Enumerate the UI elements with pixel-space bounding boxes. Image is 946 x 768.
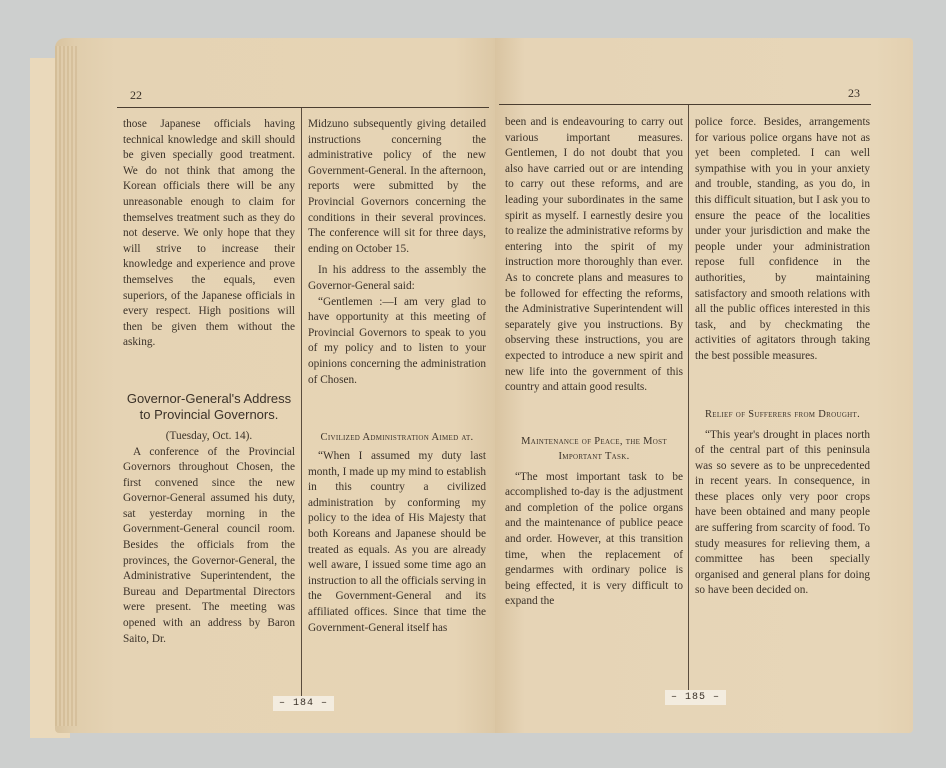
left-column-2: Midzuno subsequently giving detailed ins… (308, 117, 486, 636)
folio-left: – 184 – (273, 696, 334, 711)
section-heading: Relief of Sufferers from Drought. (695, 407, 870, 422)
header-rule-left (117, 107, 489, 108)
column-divider-left (301, 108, 302, 698)
right-column-2: police force. Besides, arrangements for … (695, 115, 870, 599)
section-heading: Maintenance of Peace, the Most Important… (505, 434, 683, 464)
section-heading: Civilized Administration Aimed at. (308, 430, 486, 445)
paragraph: “The most important task to be accomplis… (505, 470, 683, 610)
paragraph: A conference of the Provincial Governors… (123, 445, 295, 648)
section-heading: Governor-General's Address to Provincial… (123, 391, 295, 423)
column-divider-right (688, 105, 689, 700)
right-column-1: been and is endeavouring to carry out va… (505, 115, 683, 610)
paragraph: “Gentlemen :—I am very glad to have oppo… (308, 295, 486, 389)
page-number-left: 22 (130, 88, 142, 103)
left-column-1: those Japanese officials having technica… (123, 117, 295, 647)
paragraph: Midzuno subsequently giving detailed ins… (308, 117, 486, 257)
date-line: (Tuesday, Oct. 14). (123, 429, 295, 445)
left-page: 22 those Japanese officials having techn… (55, 38, 495, 733)
folio-right: – 185 – (665, 690, 726, 705)
paragraph: those Japanese officials having technica… (123, 117, 295, 351)
page-edges (55, 46, 77, 726)
paragraph: been and is endeavouring to carry out va… (505, 115, 683, 396)
paragraph: “This year's drought in places north of … (695, 428, 870, 600)
paragraph: “When I assumed my duty last month, I ma… (308, 449, 486, 636)
right-page: 23 been and is endeavouring to carry out… (495, 38, 913, 733)
page-number-right: 23 (848, 86, 860, 101)
open-book: 22 those Japanese officials having techn… (55, 38, 913, 738)
paragraph: In his address to the assembly the Gover… (308, 263, 486, 294)
header-rule-right (499, 104, 871, 105)
paragraph: police force. Besides, arrangements for … (695, 115, 870, 365)
